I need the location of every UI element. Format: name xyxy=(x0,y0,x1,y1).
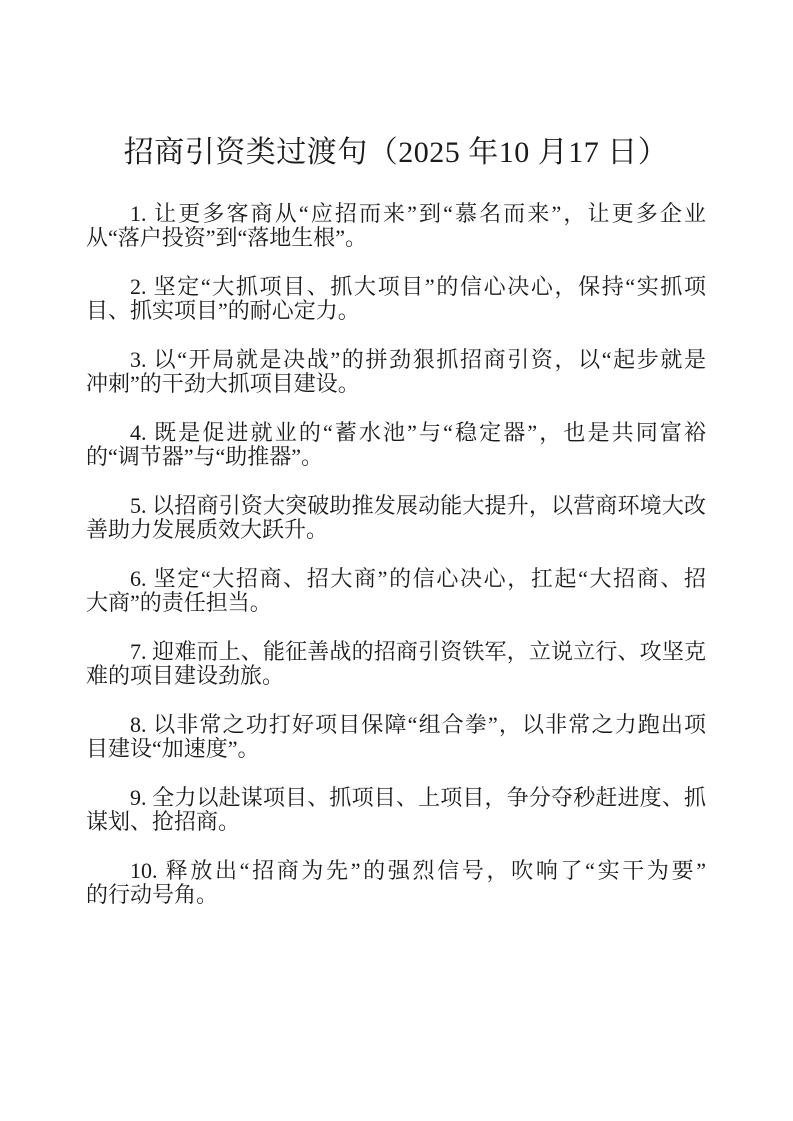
paragraph-line-wrap: 从“落户投资”到“落地生根”。 xyxy=(86,226,706,250)
paragraph: 3. 以“开局就是决战”的拼劲狠抓招商引资，以“起步就是冲刺”的干劲大抓项目建设… xyxy=(86,348,706,396)
paragraph: 10. 释放出“招商为先”的强烈信号，吹响了“实干为要”的行动号角。 xyxy=(86,859,706,907)
paragraph: 8. 以非常之功打好项目保障“组合拳”，以非常之力跑出项目建设“加速度”。 xyxy=(86,713,706,761)
paragraph-line-first: 4. 既是促进就业的“蓄水池”与“稳定器”，也是共同富裕 xyxy=(86,421,706,445)
paragraph-line-wrap: 目建设“加速度”。 xyxy=(86,737,706,761)
paragraph: 1. 让更多客商从“应招而来”到“慕名而来”，让更多企业从“落户投资”到“落地生… xyxy=(86,202,706,250)
paragraph-line-first: 3. 以“开局就是决战”的拼劲狠抓招商引资，以“起步就是 xyxy=(86,348,706,372)
paragraph: 6. 坚定“大招商、招大商”的信心决心，扛起“大招商、招大商”的责任担当。 xyxy=(86,567,706,615)
paragraph-line-first: 6. 坚定“大招商、招大商”的信心决心，扛起“大招商、招 xyxy=(86,567,706,591)
paragraph-line-first: 9. 全力以赴谋项目、抓项目、上项目，争分夺秒赶进度、抓 xyxy=(86,786,706,810)
document-title: 招商引资类过渡句（2025 年10 月17 日） xyxy=(86,133,706,173)
paragraph-line-wrap: 的“调节器”与“助推器”。 xyxy=(86,445,706,469)
paragraph-line-first: 5. 以招商引资大突破助推发展动能大提升，以营商环境大改 xyxy=(86,494,706,518)
paragraph-line-wrap: 难的项目建设劲旅。 xyxy=(86,664,706,688)
paragraph: 7. 迎难而上、能征善战的招商引资铁军，立说立行、攻坚克难的项目建设劲旅。 xyxy=(86,640,706,688)
paragraph-line-wrap: 谋划、抢招商。 xyxy=(86,810,706,834)
paragraph-line-first: 8. 以非常之功打好项目保障“组合拳”，以非常之力跑出项 xyxy=(86,713,706,737)
paragraph-line-wrap: 目、抓实项目”的耐心定力。 xyxy=(86,299,706,323)
paragraph-line-first: 10. 释放出“招商为先”的强烈信号，吹响了“实干为要” xyxy=(86,859,706,883)
paragraph-line-first: 2. 坚定“大抓项目、抓大项目”的信心决心，保持“实抓项 xyxy=(86,275,706,299)
paragraph-line-wrap: 冲刺”的干劲大抓项目建设。 xyxy=(86,372,706,396)
paragraph-line-first: 1. 让更多客商从“应招而来”到“慕名而来”，让更多企业 xyxy=(86,202,706,226)
paragraph-line-wrap: 大商”的责任担当。 xyxy=(86,591,706,615)
paragraph-line-first: 7. 迎难而上、能征善战的招商引资铁军，立说立行、攻坚克 xyxy=(86,640,706,664)
paragraph: 9. 全力以赴谋项目、抓项目、上项目，争分夺秒赶进度、抓谋划、抢招商。 xyxy=(86,786,706,834)
paragraph: 2. 坚定“大抓项目、抓大项目”的信心决心，保持“实抓项目、抓实项目”的耐心定力… xyxy=(86,275,706,323)
document-page: 招商引资类过渡句（2025 年10 月17 日） 1. 让更多客商从“应招而来”… xyxy=(0,0,793,1121)
document-body: 1. 让更多客商从“应招而来”到“慕名而来”，让更多企业从“落户投资”到“落地生… xyxy=(86,202,706,907)
paragraph: 5. 以招商引资大突破助推发展动能大提升，以营商环境大改善助力发展质效大跃升。 xyxy=(86,494,706,542)
paragraph-line-wrap: 的行动号角。 xyxy=(86,883,706,907)
paragraph-line-wrap: 善助力发展质效大跃升。 xyxy=(86,518,706,542)
paragraph: 4. 既是促进就业的“蓄水池”与“稳定器”，也是共同富裕的“调节器”与“助推器”… xyxy=(86,421,706,469)
